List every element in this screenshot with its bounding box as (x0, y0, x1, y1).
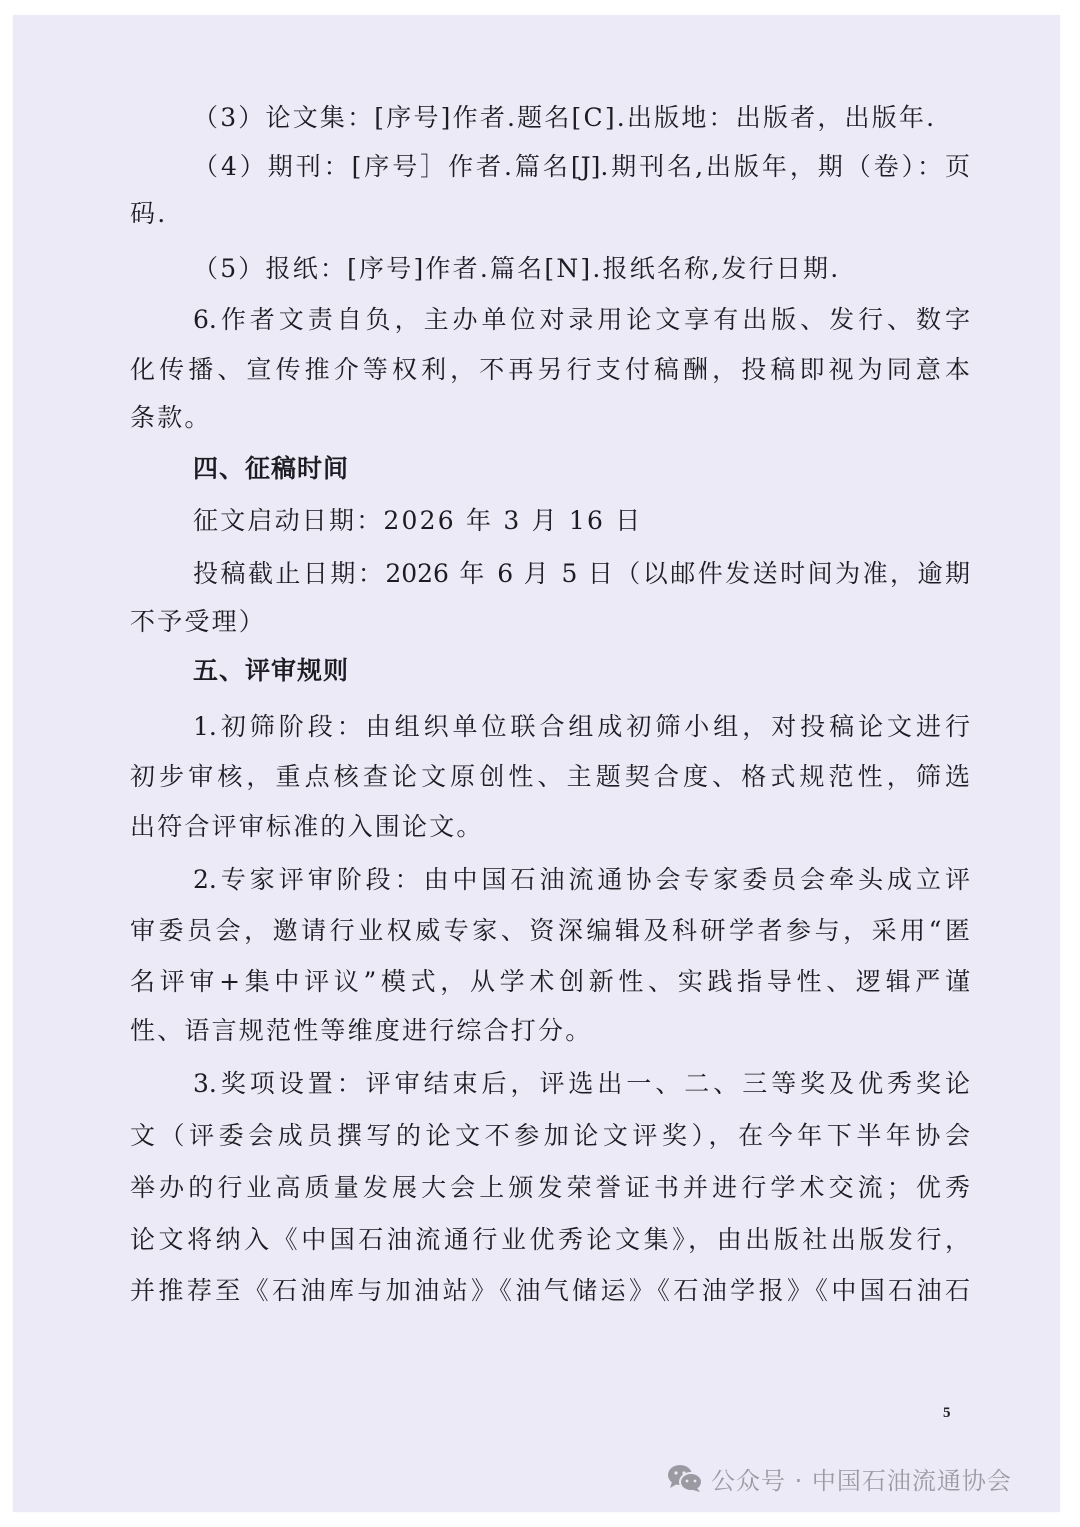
wechat-icon (667, 1463, 703, 1493)
section-heading: 五、评审规则 (193, 654, 970, 688)
document-page: （3）论文集：[序号]作者.题名[C].出版地：出版者，出版年.（4）期刊：[序… (13, 15, 1060, 1512)
text-line: 出符合评审标准的入围论文。 (130, 810, 970, 844)
text-line: 征文启动日期：2026 年 3 月 16 日 (193, 504, 970, 538)
text-line: 审委员会，邀请行业权威专家、资深编辑及科研学者参与，采用“匿 (130, 914, 970, 948)
watermark: 公众号 · 中国石油流通协会 (667, 1460, 1012, 1496)
text-line: 不予受理） (130, 605, 970, 639)
text-line: 条款。 (130, 401, 970, 435)
text-line: 初步审核，重点核查论文原创性、主题契合度、格式规范性，筛选 (130, 760, 970, 794)
watermark-text: 公众号 · 中国石油流通协会 (711, 1461, 1012, 1496)
text-line: 化传播、宣传推介等权利，不再另行支付稿酬，投稿即视为同意本 (130, 353, 970, 387)
text-line: 码. (130, 197, 970, 231)
page-number: 5 (943, 1405, 951, 1422)
text-line: 文（评委会成员撰写的论文不参加论文评奖），在今年下半年协会 (130, 1119, 970, 1153)
section-heading: 四、征稿时间 (193, 452, 970, 486)
text-line: 名评审+集中评议”模式，从学术创新性、实践指导性、逻辑严谨 (130, 965, 970, 999)
text-line: （3）论文集：[序号]作者.题名[C].出版地：出版者，出版年. (193, 101, 970, 135)
text-line: 投稿截止日期：2026 年 6 月 5 日（以邮件发送时间为准，逾期 (193, 557, 970, 591)
text-line: 1.初筛阶段：由组织单位联合组成初筛小组，对投稿论文进行 (193, 710, 970, 744)
text-line: 并推荐至《石油库与加油站》《油气储运》《石油学报》《中国石油石 (130, 1274, 970, 1308)
text-line: （5）报纸：[序号]作者.篇名[N].报纸名称,发行日期. (193, 252, 970, 286)
text-line: （4）期刊：[序号］作者.篇名[J].期刊名,出版年，期（卷）：页 (193, 150, 970, 184)
text-line: 3.奖项设置：评审结束后，评选出一、二、三等奖及优秀奖论 (193, 1067, 970, 1101)
text-line: 2.专家评审阶段：由中国石油流通协会专家委员会牵头成立评 (193, 863, 970, 897)
text-line: 论文将纳入《中国石油流通行业优秀论文集》，由出版社出版发行， (130, 1223, 970, 1257)
text-line: 6.作者文责自负，主办单位对录用论文享有出版、发行、数字 (193, 303, 970, 337)
text-line: 性、语言规范性等维度进行综合打分。 (130, 1014, 970, 1048)
text-line: 举办的行业高质量发展大会上颁发荣誉证书并进行学术交流；优秀 (130, 1171, 970, 1205)
